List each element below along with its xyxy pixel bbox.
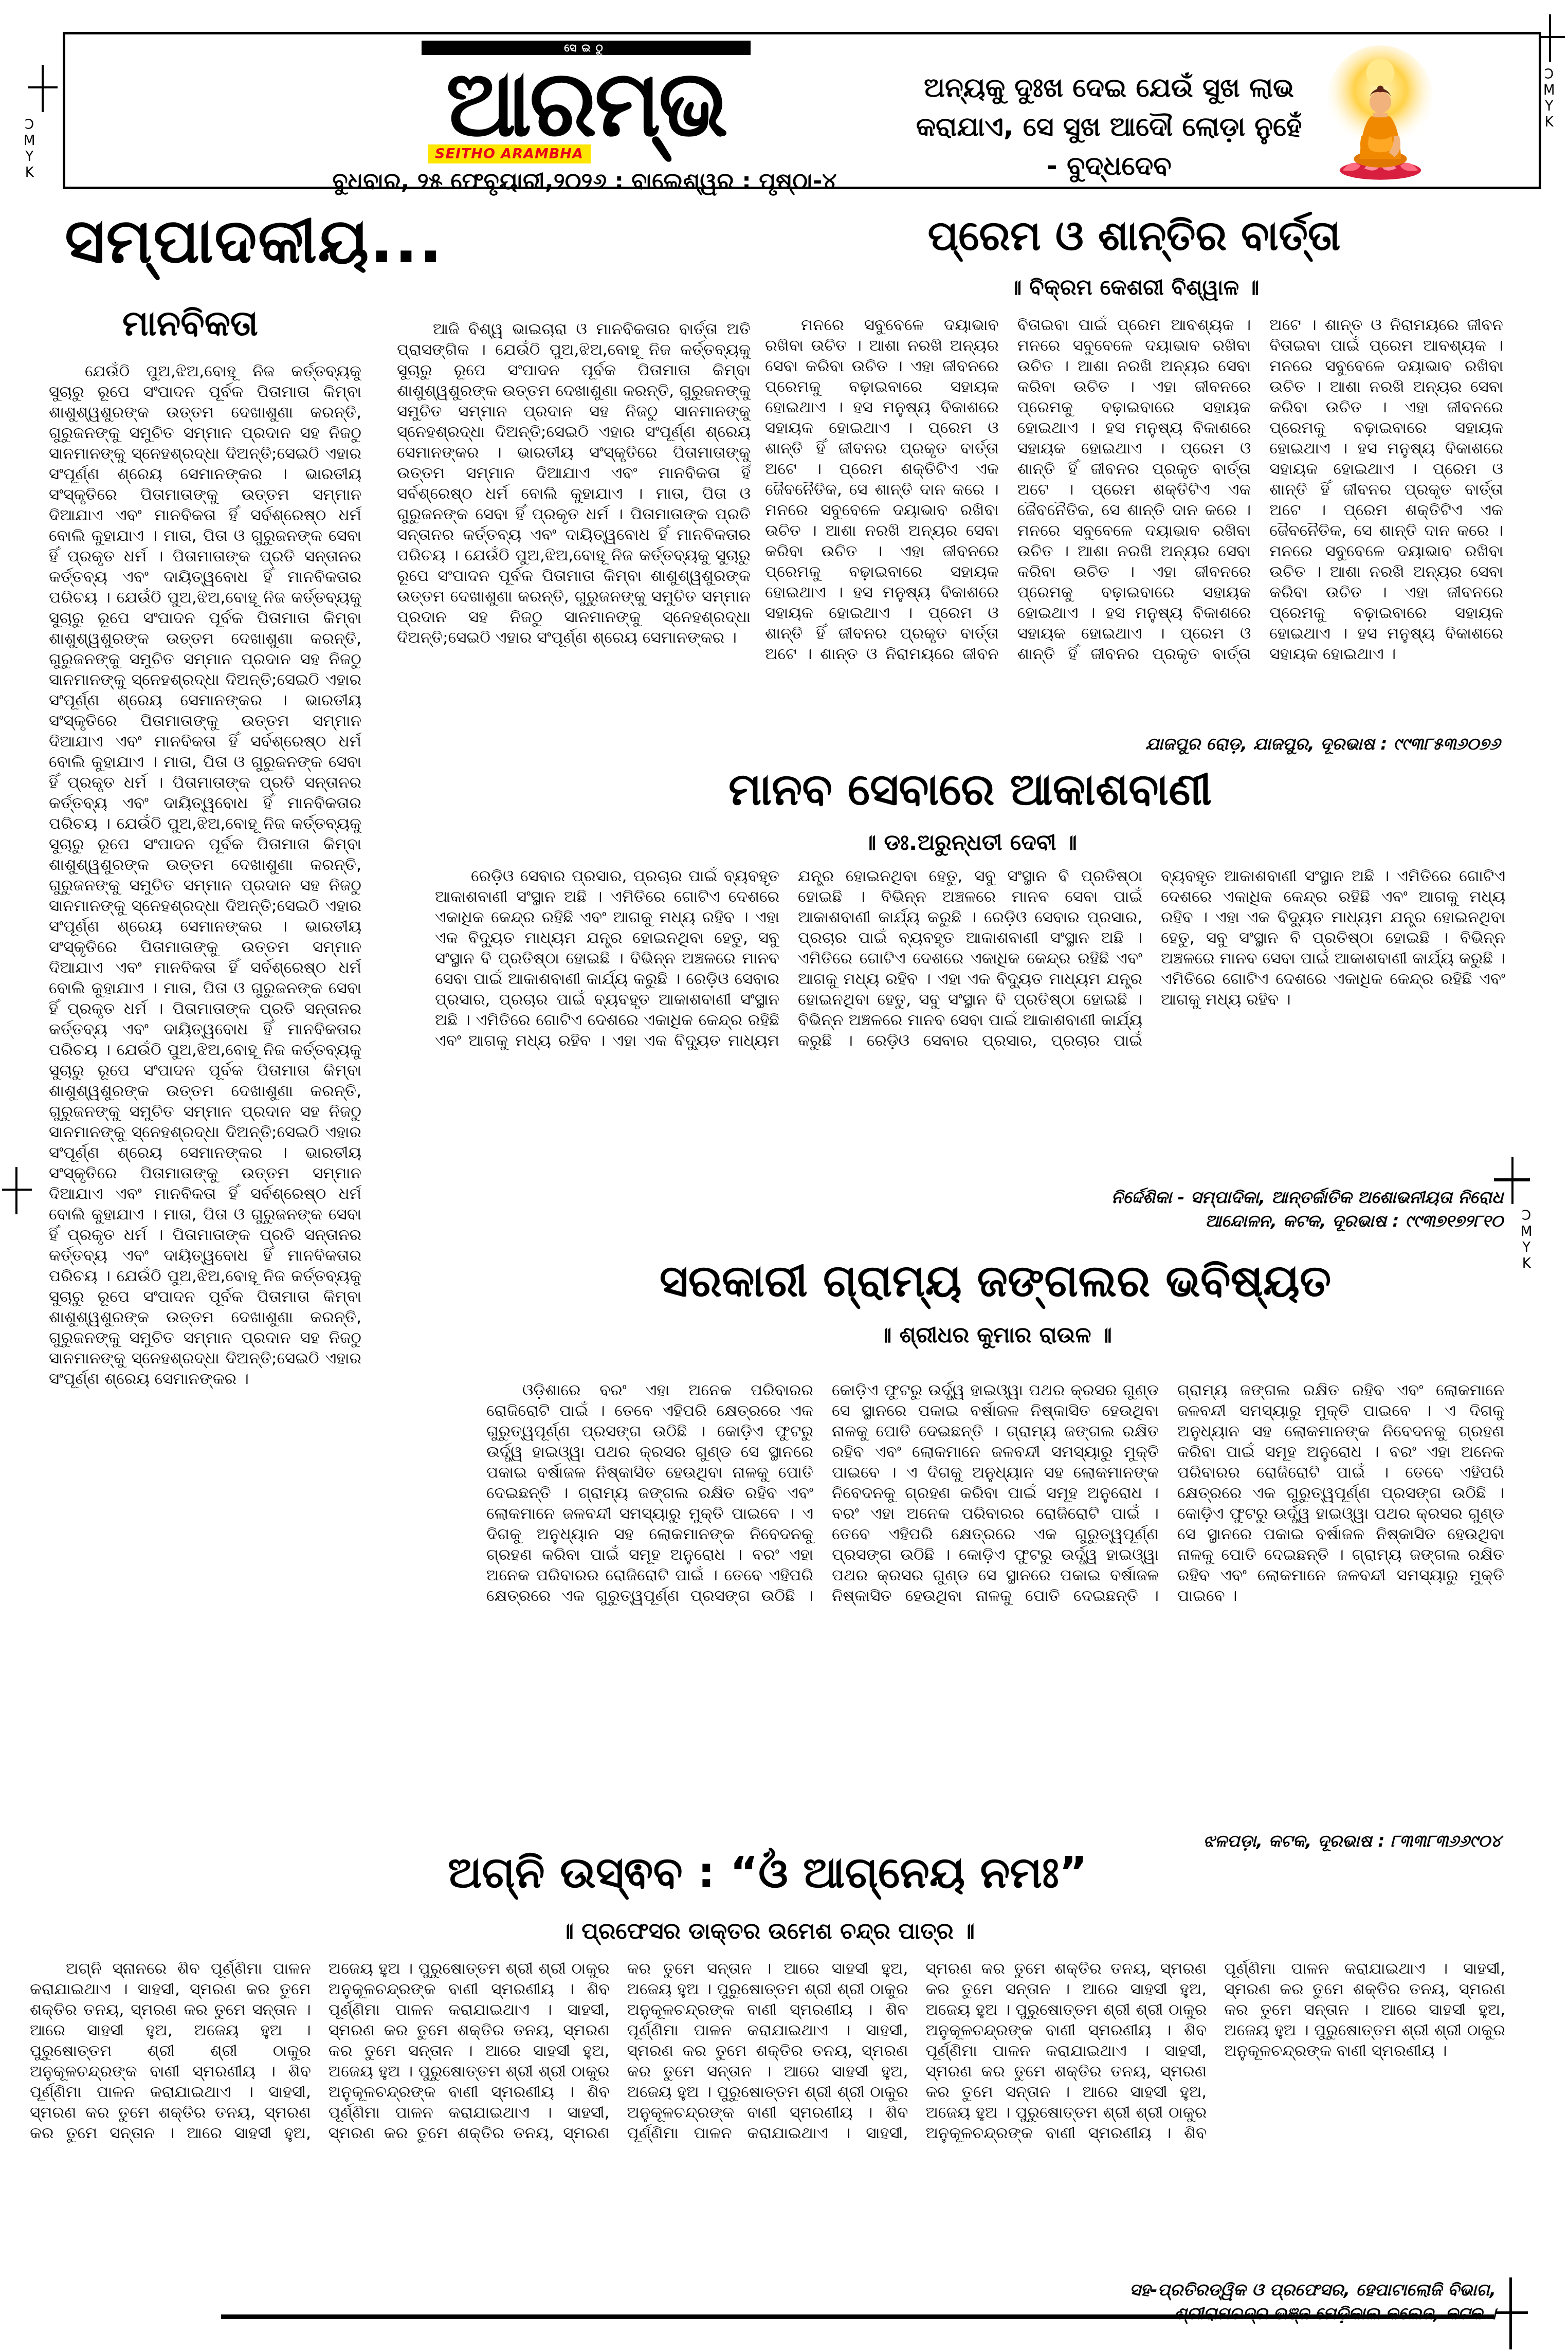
editorial-column-1: ଯେଉଁଠି ପୁଅ,ଝିଅ,ବୋହୂ ନିଜ କର୍ତ୍ତବ୍ୟକୁ ସୁଚା…	[49, 361, 361, 1821]
article-2-byline: ॥ ଡଃ.ଅରୁନ୍ଧତୀ ଦେବୀ ॥	[435, 830, 1505, 855]
article-prema-o-shantira-bartta: ପ୍ରେମ ଓ ଶାନ୍ତିର ବାର୍ତ୍ତା ॥ ବିକ୍ରମ କେଶରୀ …	[765, 205, 1503, 759]
article-sarkari-gramya-jangalara-bhabishyata: ସରକାରୀ ଗ୍ରାମ୍ୟ ଜଙ୍ଗଲର ଭବିଷ୍ୟତ ॥ ଶ୍ରୀଧର କ…	[486, 1238, 1504, 1855]
cmyk-label-left: Ↄ M Y K	[24, 117, 35, 181]
article-2-contact-line-1: ନିର୍ଦ୍ଦେଶିକା - ସମ୍ପାଦିକା, ଆନ୍ତର୍ଜାତିକ ଅଶ…	[1111, 1186, 1503, 1209]
cmyk-label-right-mid: Ↄ M Y K	[1521, 1208, 1532, 1272]
article-1-body-columns: ମନରେ ସବୁବେଳେ ଦୟାଭାବ ରଖିବା ଉଚିତ । ଆଶା ନରଖ…	[765, 315, 1503, 724]
cmyk-label-right-top: Ↄ M Y K	[1543, 67, 1555, 131]
article-2-body-columns: ରେଡ଼ିଓ ସେବାର ପ୍ରସାର, ପ୍ରଚାର ପାଇଁ ବ୍ୟବହୃତ…	[435, 866, 1505, 1183]
article-4-headline: ଅଗ୍ନି ଉସ୍ଵବ : “ଓଁ ଆଗ୍ନେୟ ନମଃ”	[433, 1847, 1102, 1898]
article-2-headline: ମାନବ ସେବାରେ ଆକାଶବାଣୀ	[435, 760, 1505, 816]
quote-box: ଅନ୍ୟକୁ ଦୁଃଖ ଦେଇ ଯେଉଁ ସୁଖ ଲାଭ କରାଯାଏ, ସେ …	[857, 68, 1361, 186]
header-box: ସେଇଠୁ ଆରମ୍ଭ SEITHO ARAMBHA ବୁଧବାର, ୨୫ ଫେ…	[63, 32, 1541, 189]
article-agni-ustaba: ଅଗ୍ନି ଉସ୍ଵବ : “ଓଁ ଆଗ୍ନେୟ ନମଃ” ॥ ପ୍ରଫେସର …	[30, 1843, 1505, 2352]
article-4-credit-line-2: ଶ୍ରୀରାମଚନ୍ଦ୍ର ଭଞ୍ଜ ମେଡ଼ିକାଲ କଲେଜ, କଟକ ।	[1129, 2302, 1496, 2325]
editorial-column-2: ଆଜି ବିଶ୍ୱ ଭାଇଚାରା ଓ ମାନବିକତାର ବାର୍ତ୍ତା ଅ…	[397, 319, 751, 753]
article-3-byline: ॥ ଶ୍ରୀଧର କୁମାର ରାଉଳ ॥	[486, 1322, 1504, 1348]
dateline: ବୁଧବାର, ୨୫ ଫେବୃୟାରୀ,୨୦୨୬ : ବାଲେଶ୍ୱର : ପୃ…	[209, 168, 960, 194]
article-3-headline: ସରକାରୀ ଗ୍ରାମ୍ୟ ଜଙ୍ଗଲର ଭବିଷ୍ୟତ	[486, 1238, 1504, 1308]
editorial-title: ମାନବିକତା	[67, 303, 314, 344]
article-manaba-sebare-akashabani: ମାନବ ସେବାରେ ଆକାଶବାଣୀ ॥ ଡଃ.ଅରୁନ୍ଧତୀ ଦେବୀ …	[435, 760, 1505, 1234]
newspaper-logo: ଆରମ୍ଭ	[422, 55, 751, 152]
article-4-credit-line-1: ସହ-ପ୍ରତିରଡ୍ୱିକ ଓ ପ୍ରଫେସର, ହେପାଟାଲୋଜି ବିଭ…	[1129, 2278, 1496, 2302]
buddha-image	[1319, 42, 1442, 184]
article-1-author-contact: ଯାଜପୁର ରୋଡ଼, ଯାଜପୁର, ଦୂରଭାଷ : ୯୯୩୮୫୩୬୦୭୬	[1145, 732, 1500, 756]
article-4-byline: ॥ ପ୍ରଫେସର ଡାକ୍ତର ଉମେଶ ଚନ୍ଦ୍ର ପାତ୍ର ॥	[433, 1918, 1102, 1944]
masthead: ସେଇଠୁ ଆରମ୍ଭ SEITHO ARAMBHA	[422, 41, 751, 149]
article-2-author-contact: ନିର୍ଦ୍ଦେଶିକା - ସମ୍ପାଦିକା, ଆନ୍ତର୍ଜାତିକ ଅଶ…	[1111, 1186, 1503, 1233]
article-3-body-columns: ଓଡ଼ିଶାରେ ବରଂ ଏହା ଅନେକ ପରିବାରର ରୋଜିରୋଟି ପ…	[486, 1380, 1504, 1821]
logo-subtitle: SEITHO ARAMBHA	[428, 144, 591, 163]
article-1-headline: ପ୍ରେମ ଓ ଶାନ୍ତିର ବାର୍ତ୍ତା	[765, 205, 1503, 260]
quote-attribution: - ବୁଦ୍ଧଦେବ	[857, 147, 1361, 186]
article-1-byline: ॥ ବିକ୍ରମ କେଶରୀ ବିଶ୍ୱାଳ ॥	[765, 275, 1503, 300]
quote-line-1: ଅନ୍ୟକୁ ଦୁଃଖ ଦେଇ ଯେଉଁ ସୁଖ ଲାଭ	[857, 68, 1361, 107]
editorial-kicker: ସମ୍ପାଦକୀୟ...	[65, 206, 443, 278]
article-2-contact-line-2: ଆନ୍ଦୋଳନ, କଟକ, ଦୂରଭାଷ : ୯୯୩୭୧୭୨୮୧୦	[1111, 1209, 1503, 1233]
quote-line-2: କରାଯାଏ, ସେ ସୁଖ ଆଦୌ ଲୋଡ଼ା ନୁହେଁ	[857, 107, 1361, 147]
bottom-rule	[221, 2314, 1494, 2319]
